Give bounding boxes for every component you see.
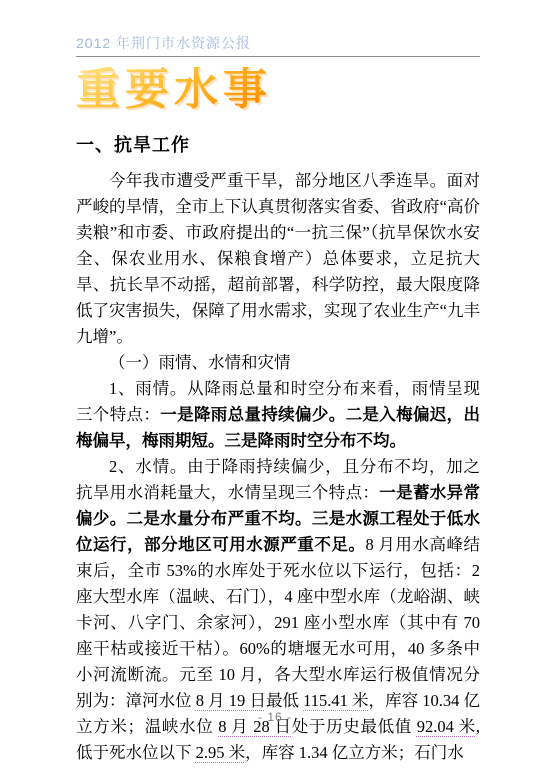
page-number: - 16 -	[258, 710, 292, 724]
zhanghe-level-value: 115.41 米	[303, 691, 368, 710]
page-header: 2012 年荆门市水资源公报	[76, 34, 480, 57]
document-page: 2012 年荆门市水资源公报 重要水事 一、抗旱工作 今年我市遭受严重干旱，部分…	[0, 0, 550, 779]
header-title: 2012 年荆门市水资源公报	[76, 35, 251, 51]
drought-work-section-heading: 一、抗旱工作	[76, 131, 480, 157]
section-banner-calligraphy-title: 重要水事	[76, 67, 272, 113]
paragraph-drought-overview-text: 今年我市遭受严重干旱，部分地区八季连旱。面对严峻的旱情，全市上下认真贯彻落实省委…	[76, 171, 480, 346]
paragraph-water-detail-2: 最低	[266, 691, 303, 710]
paragraph-water-detail-6: ，库容 1.34 亿立方米；石门水	[245, 743, 464, 762]
page-footer: - 16 -	[0, 710, 550, 724]
paragraph-water-detail-1: 8 月用水高峰结束后，全市 53%的水库处于死水位以下运行，包括：2 座大型水库…	[76, 535, 480, 710]
subsection-heading-rain-water-disaster: （一）雨情、水情和灾情	[76, 350, 480, 376]
paragraph-drought-overview: 今年我市遭受严重干旱，部分地区八季连旱。面对严峻的旱情，全市上下认真贯彻落实省委…	[76, 168, 480, 350]
paragraph-rain-situation: 1、雨情。从降雨总量和时空分布来看，雨情呈现三个特点：一是降雨总量持续偏少。二是…	[76, 376, 480, 454]
zhanghe-date-value: 8 月 19 日	[196, 691, 266, 710]
below-dead-level-value: 2.95 米	[196, 743, 246, 762]
body-text: 今年我市遭受严重干旱，部分地区八季连旱。面对严峻的旱情，全市上下认真贯彻落实省委…	[76, 168, 480, 766]
